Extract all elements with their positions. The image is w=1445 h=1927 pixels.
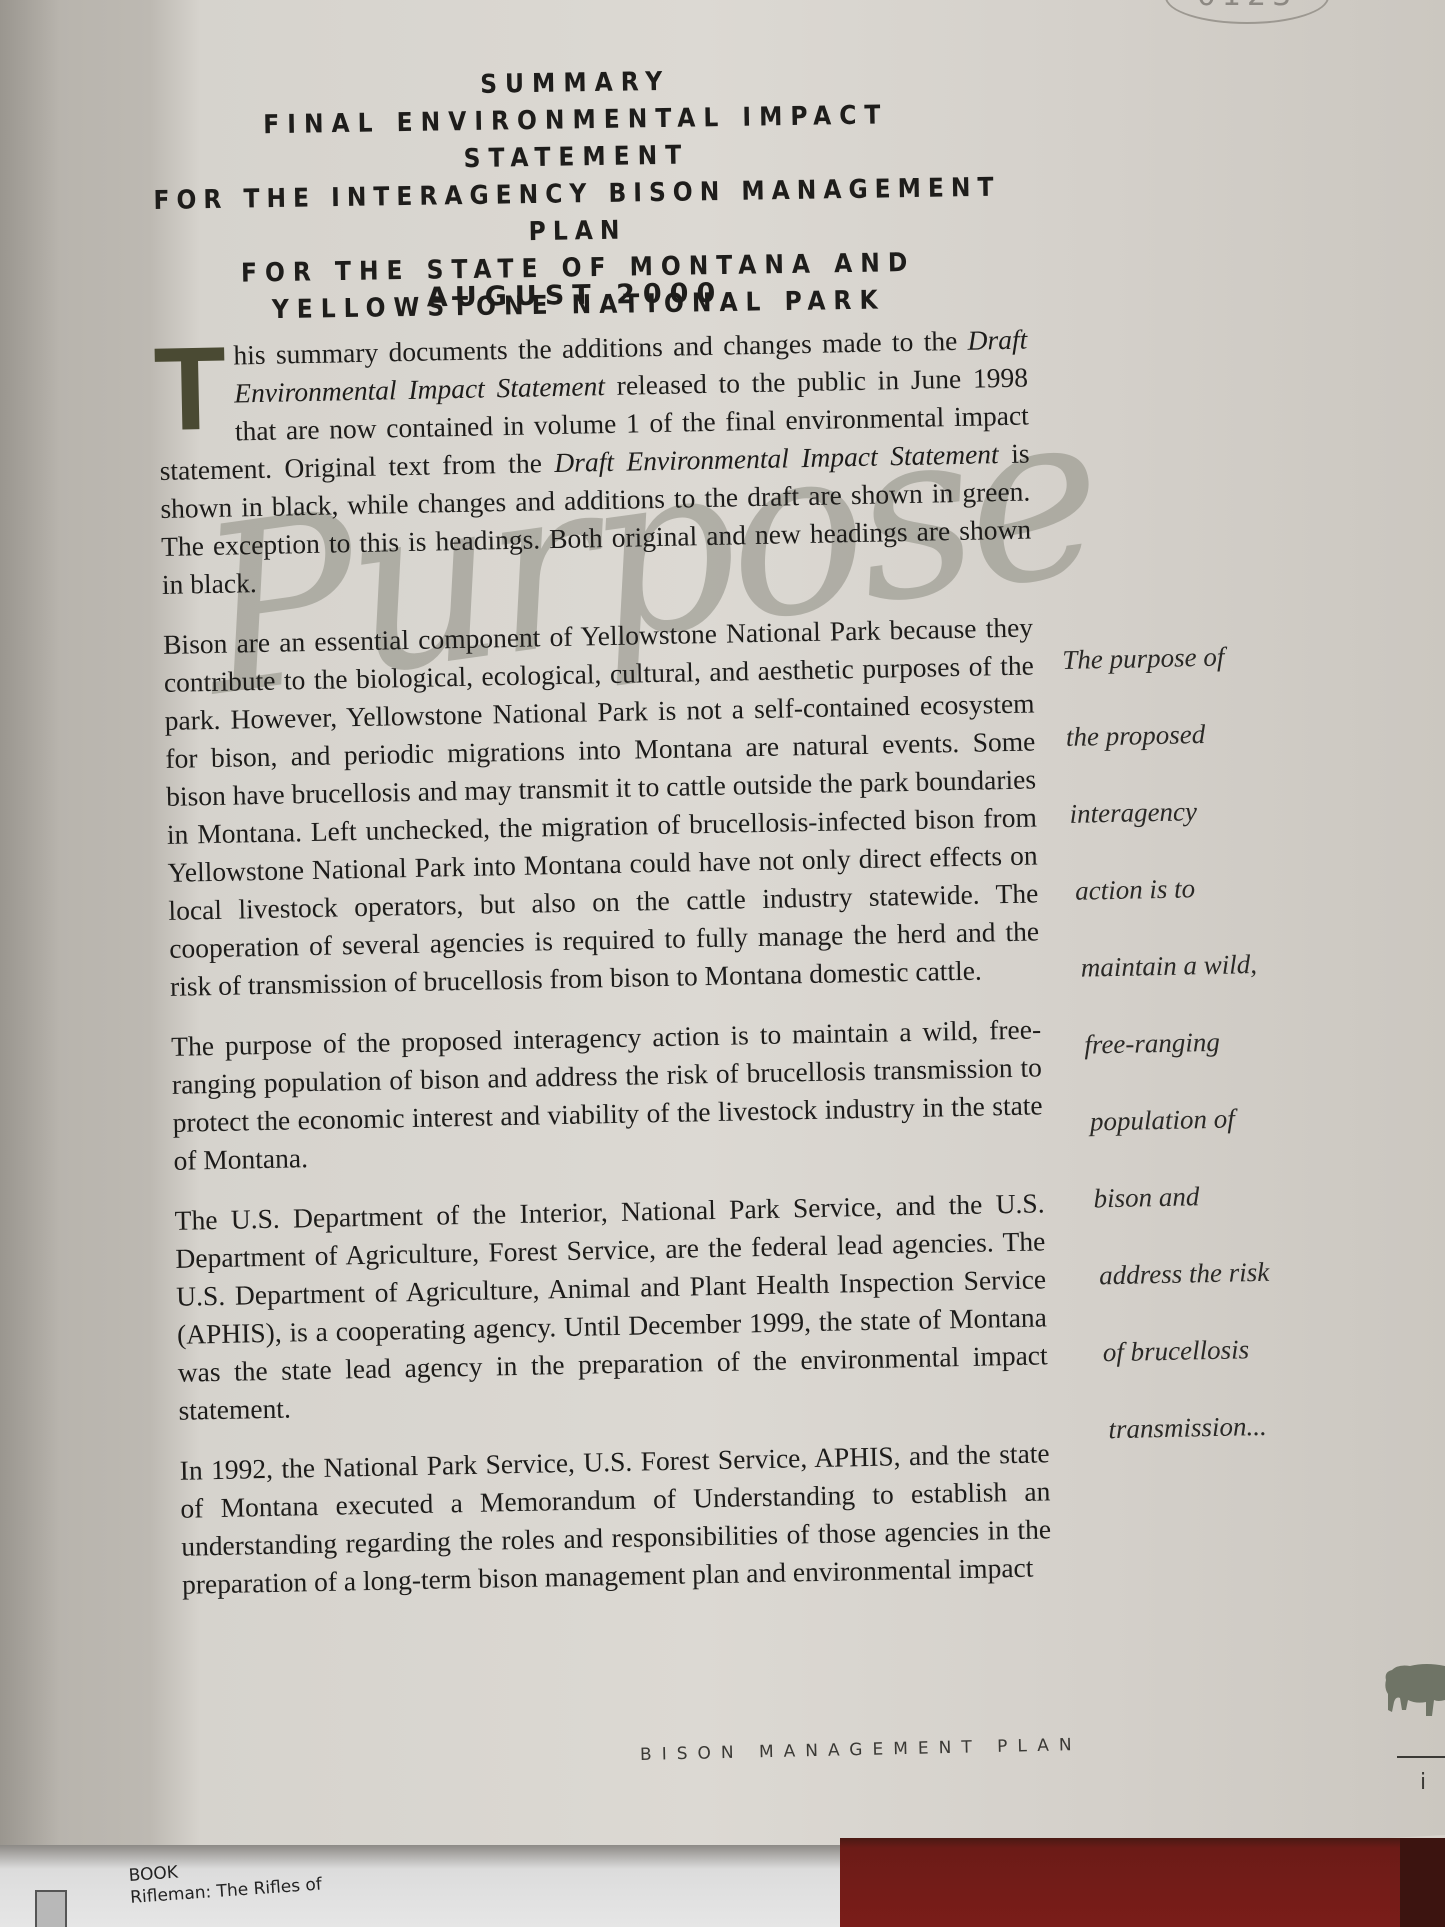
pull-quote-line: maintain a wild,	[1068, 947, 1350, 1030]
pull-quote-line: free-ranging	[1070, 1024, 1352, 1107]
paragraph-intro: This summary documents the additions and…	[157, 321, 1032, 604]
footer-rule	[1397, 1756, 1445, 1758]
bison-silhouette-icon	[1376, 1660, 1445, 1730]
paragraph-mou: In 1992, the National Park Service, U.S.…	[179, 1434, 1052, 1603]
pull-quote-line: of brucellosis	[1077, 1332, 1359, 1415]
body-text: This summary documents the additions and…	[157, 321, 1053, 1626]
document-page: 0123 SUMMARY FINAL ENVIRONMENTAL IMPACT …	[0, 0, 1445, 1880]
pull-quote-line: transmission...	[1078, 1409, 1360, 1492]
running-footer: BISON MANAGEMENT PLAN	[640, 1735, 1082, 1765]
pull-quote-line: bison and	[1073, 1178, 1355, 1261]
spine-shadow	[0, 0, 60, 1880]
red-book-edge	[1400, 1838, 1445, 1927]
paragraph-purpose: The purpose of the proposed interagency …	[171, 1010, 1044, 1179]
paragraph-bison-essential: Bison are an essential component of Yell…	[163, 608, 1040, 1005]
pull-quote-line: interagency	[1065, 793, 1347, 876]
pull-quote-line: address the risk	[1075, 1255, 1357, 1338]
pull-quote-line: The purpose of	[1062, 639, 1344, 722]
pull-quote-line: action is to	[1067, 870, 1349, 953]
book-listing-label: BOOK Rifleman: The Rifles of	[128, 1852, 323, 1909]
pull-quote-line: the proposed	[1064, 716, 1346, 799]
page-number: i	[1420, 1770, 1426, 1795]
text-segment: his summary documents the additions and …	[233, 325, 968, 371]
paragraph-agencies: The U.S. Department of the Interior, Nat…	[174, 1184, 1048, 1429]
heading-line: FINAL ENVIRONMENTAL IMPACT STATEMENT	[151, 96, 1002, 183]
book-thumbnail-icon	[35, 1890, 67, 1927]
red-book-cover	[840, 1838, 1445, 1927]
handwritten-stamp: 0123	[1165, 0, 1329, 24]
heading-line: FOR THE INTERAGENCY BISON MANAGEMENT PLA…	[152, 170, 1003, 257]
drop-cap: T	[153, 341, 227, 438]
pull-quote: The purpose of the proposed interagency …	[1062, 639, 1360, 1492]
background-book-listing: BOOK Rifleman: The Rifles of	[0, 1845, 840, 1927]
italic-title: Draft Environmental Impact Statement	[554, 438, 999, 478]
pull-quote-line: population of	[1072, 1101, 1354, 1184]
